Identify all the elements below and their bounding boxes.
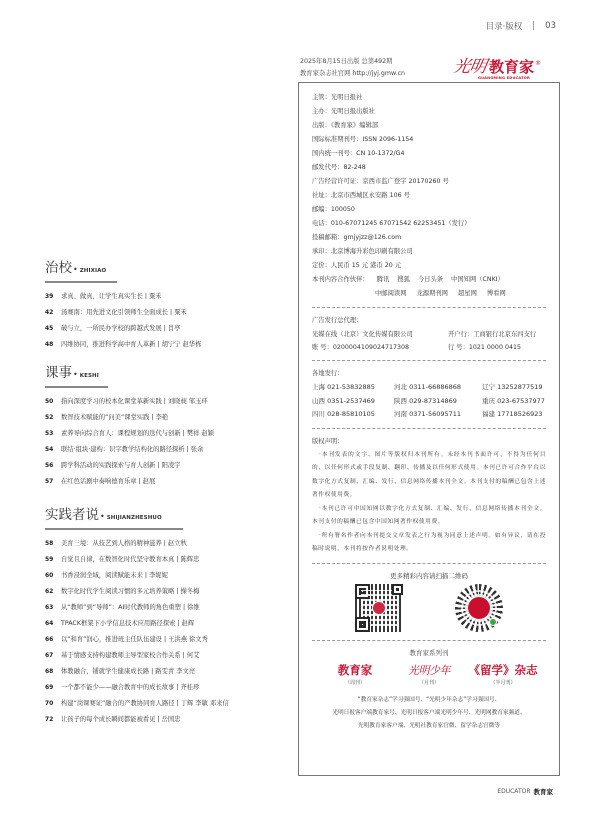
section-title-en: KESHI <box>80 373 99 379</box>
article-title: 以“和育”润心，推进班主任队伍建设 | 王洪燕 徐文秀 <box>61 632 208 648</box>
page-header: 目录·版权 | 03 <box>486 20 556 32</box>
page-ref: 56 <box>45 458 61 474</box>
article-title: 基于情感支持构建教师主导型家校合作关系 | 何艾 <box>61 648 199 664</box>
distributor-contact: 辽宁 13252877519 <box>482 381 546 395</box>
section-title-cn: 实践者说 <box>45 503 99 523</box>
article-title: 数智技术赋能的“问美”课堂实践 | 李艳 <box>61 410 168 426</box>
partner: 中邮阅读网 <box>375 287 406 301</box>
page-ref: 68 <box>45 664 61 680</box>
copyright-title: 版权声明： <box>312 435 546 449</box>
page-ref: 48 <box>45 337 61 353</box>
section-label: 目录·版权 <box>486 20 523 32</box>
advertising-title: 广告发行总代理： <box>312 314 546 328</box>
distributor-contact: 陕西 029-87314869 <box>394 395 482 409</box>
toc-item[interactable]: 68体教融合，铺就学生健康成长路 | 路雯青 李文亮 <box>45 664 285 680</box>
series-frequency: （周刊） <box>345 678 365 688</box>
website-link[interactable]: 教育家杂志社官网 http://jyj.gmw.cn <box>300 68 405 80</box>
imprint-email[interactable]: 投稿邮箱：gmjyjzz@126.com <box>312 231 546 245</box>
article-title: 一个都不能少——融合教育中的成长故事 | 齐桂珍 <box>61 680 199 696</box>
partners-row: 本刊内容合作伙伴： 腾讯 搜狐 今日头条 中国知网（CNKI） <box>312 273 546 287</box>
page-ref: 42 <box>45 305 61 321</box>
agent-company: 光媒在线（北京）文化传媒有限公司 <box>312 328 448 341</box>
article-title: 指向深度学习的校本化课堂革新实践 | 刘晓昶 邹玉环 <box>61 394 208 410</box>
footer-en: EDUCATOR <box>497 788 530 795</box>
imprint-line: 社址：北京市西城区永安路 106 号 <box>312 189 546 203</box>
distribution-title: 各地发行： <box>312 367 546 381</box>
page-ref: 59 <box>45 552 61 568</box>
article-title: 素养导向综合育人：课程规划的迭代与创新 | 樊祥 赵颖 <box>61 426 214 442</box>
article-title: 数字化时代学生阅读习惯的多元培养策略 | 操冬梅 <box>61 584 199 600</box>
toc-item[interactable]: 53素养导向综合育人：课程规划的迭代与创新 | 樊祥 赵颖 <box>45 426 285 442</box>
toc-item[interactable]: 60书香浸润全域，阅读赋能未来 | 李妮妮 <box>45 568 285 584</box>
article-title: 体教融合，铺就学生健康成长路 | 路雯青 李文亮 <box>61 664 195 680</box>
series-item-guangming-shaonian: 光明少年 （月刊） <box>393 663 465 688</box>
article-title: 构建“岗课赛证”融合的产教协同育人路径 | 丁辉 李敏 邓来信 <box>61 696 229 712</box>
imprint-line: 电话：010-67071245 67071542 62253451（发行） <box>312 217 546 231</box>
section-title-en: ZHIXIAO <box>80 268 107 274</box>
copyright-paragraph: ·所有署名作者向本刊提交文章发表之行为视为同意上述声明。如有异议，请在投稿时说明… <box>312 530 546 557</box>
page-ref: 52 <box>45 410 61 426</box>
section-rule <box>45 528 183 530</box>
qr-section: 更多精彩内容请扫描二维码 <box>312 570 546 632</box>
footer-cn: 教育家 <box>534 787 554 796</box>
section-title-en: SHIJIANZHESHUO <box>107 515 162 521</box>
toc-item[interactable]: 54联结·组块·建构：识字教学结构化的路径探析 | 张余 <box>45 442 285 458</box>
article-title: 让孩子的每个成长瞬间都能被看见 | 岳国忠 <box>61 712 180 728</box>
page-ref: 66 <box>45 632 61 648</box>
section-heading: 治校 • ZHIXIAO <box>45 256 285 276</box>
page-number: 03 <box>545 21 556 31</box>
page-ref: 63 <box>45 600 61 616</box>
partners-label: 本刊内容合作伙伴： <box>312 273 369 287</box>
imprint-line: 主管：光明日报社 <box>312 91 546 105</box>
bullet-dot-icon: • <box>73 265 78 274</box>
imprint-box: 主管：光明日报社 主办：光明日报出版社 出版：《教育家》编辑部 国际标准期刊号：… <box>298 82 560 776</box>
toc-item[interactable]: 69一个都不能少——融合教育中的成长故事 | 齐桂珍 <box>45 680 285 696</box>
mini-program-badge-icon <box>489 618 497 626</box>
toc-item[interactable]: 50指向深度学习的校本化课堂革新实践 | 刘晓昶 邹玉环 <box>45 394 285 410</box>
article-title: 求真、做真，让学生真实生长 | 粟禾 <box>61 289 162 305</box>
page-ref: 69 <box>45 680 61 696</box>
partner: 搜狐 <box>397 273 410 287</box>
toc-item[interactable]: 48四维协同，推进科学高中育人革新 | 胡宁宁 赵华栋 <box>45 337 285 353</box>
section-heading: 课事 • KESHI <box>45 361 285 381</box>
article-title: 在红色话剧中奏响德育乐章 | 赵展 <box>61 474 155 490</box>
series-item-liuxue: 《留学》杂志 （半月刊） <box>467 663 539 688</box>
series-title: 教育家系列刊 <box>312 647 546 659</box>
series-name: 光明少年 <box>408 663 450 678</box>
imprint-line: 国际标准期刊号：ISSN 2096-1154 <box>312 133 546 147</box>
dashed-divider <box>312 640 546 641</box>
article-title: TPACK框架下小学信息技术应用路径探索 | 赵辉 <box>61 616 194 632</box>
toc-item[interactable]: 45破与立，一所民办学校的跨越式发展 | 肖亭 <box>45 321 285 337</box>
page-ref: 70 <box>45 696 61 712</box>
dashed-divider <box>312 428 546 429</box>
partner: 超星网 <box>458 287 477 301</box>
imprint-line: 承印：北京博海升彩色印刷有限公司 <box>312 245 546 259</box>
section-rule <box>45 281 117 283</box>
issue-info: 2025年8月15日出版 总第492期 教育家杂志社官网 http://jyj.… <box>300 56 405 80</box>
toc-item[interactable]: 42汤赛南：用先进文化引领师生全面成长 | 粟禾 <box>45 305 285 321</box>
imprint-line: 主办：光明日报出版社 <box>312 105 546 119</box>
imprint-line: 国内统一刊号：CN 10-1372/G4 <box>312 147 546 161</box>
toc-list: 58美育三境：从技艺到人格的精神滋养 | 赵立秋 59自觉且自律，在数智化时代坚… <box>45 536 285 728</box>
article-title: 四维协同，推进科学高中育人革新 | 胡宁宁 赵华栋 <box>61 337 201 353</box>
toc-item[interactable]: 59自觉且自律，在数智化时代坚守教育本真 | 陈辉忠 <box>45 552 285 568</box>
section-title-cn: 治校 <box>45 256 72 276</box>
toc-section-shijianzheshuo: 实践者说 • SHIJIANZHESHUO 58美育三境：从技艺到人格的精神滋养… <box>45 503 285 728</box>
registered-mark-icon: ® <box>535 60 541 67</box>
logo-subtitle: GUANGMING EDUCATOR <box>478 76 530 80</box>
section-heading: 实践者说 • SHIJIANZHESHUO <box>45 503 285 523</box>
page-ref: 57 <box>45 474 61 490</box>
page-ref: 39 <box>45 289 61 305</box>
page-ref: 50 <box>45 394 61 410</box>
magazine-logo: 光明 教育家 ® GUANGMING EDUCATOR <box>454 52 541 80</box>
header-separator: | <box>532 21 535 31</box>
distributor-contact: 河南 0371-56095711 <box>394 408 482 422</box>
wechat-qr-code-icon[interactable] <box>355 584 403 632</box>
series-frequency: （半月刊） <box>490 678 515 688</box>
dashed-divider <box>312 307 546 308</box>
toc-item[interactable]: 52数智技术赋能的“问美”课堂实践 | 李艳 <box>45 410 285 426</box>
toc-item[interactable]: 39求真、做真，让学生真实生长 | 粟禾 <box>45 289 285 305</box>
article-title: 联结·组块·建构：识字教学结构化的路径探析 | 张余 <box>61 442 203 458</box>
imprint-line: 广告经营许可证：京西市监广登字 20170260 号 <box>312 175 546 189</box>
page-ref: 62 <box>45 584 61 600</box>
page-ref: 67 <box>45 648 61 664</box>
bullet-dot-icon: • <box>73 370 78 379</box>
partner: 腾讯 <box>377 273 390 287</box>
issue-date: 2025年8月15日出版 总第492期 <box>300 56 405 68</box>
article-title: 破与立，一所民办学校的跨越式发展 | 肖亭 <box>61 321 180 337</box>
channel-line: 光明教育家客户端、光明社教育家官微、留学杂志官微等 <box>312 720 546 733</box>
advertising-agent: 广告发行总代理： 光媒在线（北京）文化传媒有限公司 开户行：工商银行北京东四支行… <box>312 314 546 354</box>
toc-item[interactable]: 67基于情感支持构建教师主导型家校合作关系 | 何艾 <box>45 648 285 664</box>
imprint-line: 邮编：100050 <box>312 203 546 217</box>
toc-section-keshi: 课事 • KESHI 50指向深度学习的校本化课堂革新实践 | 刘晓昶 邹玉环 … <box>45 361 285 490</box>
article-title: 书香浸润全域，阅读赋能未来 | 李妮妮 <box>61 568 168 584</box>
page-ref: 64 <box>45 616 61 632</box>
toc-section-zhixiao: 治校 • ZHIXIAO 39求真、做真，让学生真实生长 | 粟禾 42汤赛南：… <box>45 256 285 353</box>
partner: 今日头条 <box>418 273 443 287</box>
account-number: 账 号：0200004109024717308 <box>312 341 448 354</box>
toc-item[interactable]: 58美育三境：从技艺到人格的精神滋养 | 赵立秋 <box>45 536 285 552</box>
distribution: 各地发行： 上海 021-53832885 河北 0311-66886868 辽… <box>312 367 546 422</box>
copyright-paragraph: ·本刊发表的文字、图片等版权归本刊所有。未经本刊书面许可，不得为任何目的、以任何… <box>312 449 546 503</box>
article-title: 从“教师”到“导师”：AI时代教师的角色重塑 | 徐维 <box>61 600 200 616</box>
section-rule <box>45 386 108 388</box>
partner: 博看网 <box>487 287 506 301</box>
page-ref: 58 <box>45 536 61 552</box>
series-section: 教育家系列刊 教育家 （周刊） 光明少年 （月刊） 《留学》杂志 （半月刊） “… <box>312 647 546 733</box>
distributor-contact: 河北 0311-66886868 <box>394 381 482 395</box>
bank-name: 开户行：工商银行北京东四支行 <box>448 328 546 341</box>
mini-program-code-icon[interactable] <box>455 584 503 632</box>
toc-item[interactable]: 64TPACK框架下小学信息技术应用路径探索 | 赵辉 <box>45 616 285 632</box>
toc-item[interactable]: 56跨学科活动的实践探索与育人创新 | 阳凌宇 <box>45 458 285 474</box>
channel-line: 光明日报客户端教育家号、光明日报客户端光明少年号、光明网教育家频道、 <box>312 707 546 720</box>
dashed-divider <box>312 360 546 361</box>
bullet-dot-icon: • <box>100 512 105 521</box>
logo-name: 教育家 <box>489 56 534 77</box>
section-title-cn: 课事 <box>45 361 72 381</box>
article-title: 美育三境：从技艺到人格的精神滋养 | 赵立秋 <box>61 536 187 552</box>
toc-item[interactable]: 66以“和育”润心，推进班主任队伍建设 | 王洪燕 徐文秀 <box>45 632 285 648</box>
partner: 中国知网（CNKI） <box>451 273 504 287</box>
imprint-info: 主管：光明日报社 主办：光明日报出版社 出版：《教育家》编辑部 国际标准期刊号：… <box>312 83 546 301</box>
page-ref: 72 <box>45 712 61 728</box>
series-name: 《留学》杂志 <box>469 663 538 678</box>
imprint-line: 邮发代号：82-248 <box>312 161 546 175</box>
channel-line: “教育家杂志”学习强国号、“光明少年杂志”学习强国号、 <box>312 694 546 707</box>
page-ref: 53 <box>45 426 61 442</box>
logo-script: 光明 <box>452 52 488 77</box>
footer-brand: EDUCATOR 教育家 <box>497 787 553 796</box>
toc-list: 39求真、做真，让学生真实生长 | 粟禾 42汤赛南：用先进文化引领师生全面成长… <box>45 289 285 353</box>
bank-code: 行 号：1021 0000 0415 <box>448 341 546 354</box>
distributor-contact: 上海 021-53832885 <box>312 381 394 395</box>
distributor-contact: 重庆 023-67537977 <box>482 395 546 409</box>
page-ref: 45 <box>45 321 61 337</box>
article-title: 汤赛南：用先进文化引领师生全面成长 | 粟禾 <box>61 305 187 321</box>
distributor-contact: 福建 17718526923 <box>482 408 546 422</box>
imprint-line: 出版：《教育家》编辑部 <box>312 119 546 133</box>
copyright-paragraph: ·本刊已许可中国知网以数字化方式复制、汇编、发行、信息网络传播本刊全文。本刊支付… <box>312 503 546 530</box>
toc-item[interactable]: 63从“教师”到“导师”：AI时代教师的角色重塑 | 徐维 <box>45 600 285 616</box>
article-title: 跨学科活动的实践探索与育人创新 | 阳凌宇 <box>61 458 180 474</box>
media-channels: “教育家杂志”学习强国号、“光明少年杂志”学习强国号、 光明日报客户端教育家号、… <box>312 694 546 733</box>
copyright-notice: 版权声明： ·本刊发表的文字、图片等版权归本刊所有。未经本刊书面许可，不得为任何… <box>312 435 546 557</box>
page-ref: 60 <box>45 568 61 584</box>
toc-item[interactable]: 70构建“岗课赛证”融合的产教协同育人路径 | 丁辉 李敏 邓来信 <box>45 696 285 712</box>
page-ref: 54 <box>45 442 61 458</box>
series-name: 教育家 <box>338 663 373 678</box>
partners-row: 中邮阅读网 龙源期刊网 超星网 博看网 <box>312 287 546 301</box>
distributor-contact: 山西 0351-2537469 <box>312 395 394 409</box>
series-item-jiaoyujia: 教育家 （周刊） <box>319 663 391 688</box>
toc-item[interactable]: 72让孩子的每个成长瞬间都能被看见 | 岳国忠 <box>45 712 285 728</box>
toc-list: 50指向深度学习的校本化课堂革新实践 | 刘晓昶 邹玉环 52数智技术赋能的“问… <box>45 394 285 490</box>
imprint-line: 定价：人民币 15 元 港币 20 元 <box>312 259 546 273</box>
dashed-divider <box>312 563 546 564</box>
series-frequency: （月刊） <box>419 678 439 688</box>
partner: 龙源期刊网 <box>416 287 447 301</box>
qr-title: 更多精彩内容请扫描二维码 <box>312 570 546 582</box>
toc-item[interactable]: 62数字化时代学生阅读习惯的多元培养策略 | 操冬梅 <box>45 584 285 600</box>
article-title: 自觉且自律，在数智化时代坚守教育本真 | 陈辉忠 <box>61 552 199 568</box>
distributor-contact: 四川 028-85810105 <box>312 408 394 422</box>
toc-item[interactable]: 57在红色话剧中奏响德育乐章 | 赵展 <box>45 474 285 490</box>
